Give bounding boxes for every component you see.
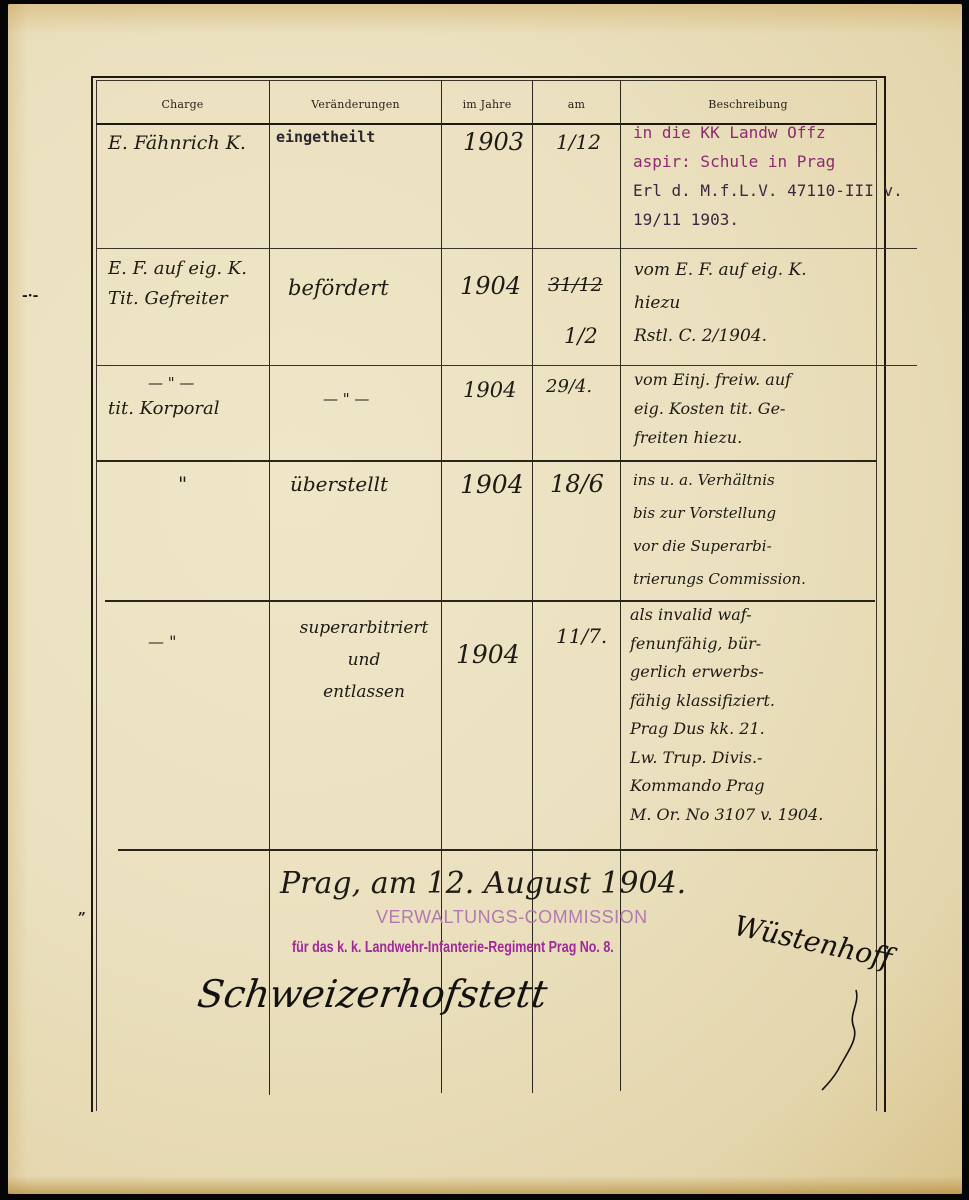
row1-beschreibung: in die KK Landw Offz aspir: Schule in Pr… xyxy=(633,118,903,234)
row5-am: 11/7. xyxy=(556,624,607,648)
commission-stamp-regiment: für das k. k. Landwehr-Infanterie-Regime… xyxy=(292,939,614,957)
row1-am: 1/12 xyxy=(556,130,601,154)
row1-desc-line: aspir: Schule in Prag xyxy=(633,147,903,176)
row5-desc-line: gerlich erwerbs- xyxy=(630,658,823,687)
row1-jahr: 1903 xyxy=(463,128,524,156)
row2-jahr: 1904 xyxy=(460,272,521,300)
row1-charge: E. Fähnrich K. xyxy=(108,132,246,154)
row2-charge: E. F. auf eig. K. Tit. Gefreiter xyxy=(108,254,247,314)
signature-left: Schweizerhofstett xyxy=(195,972,550,1016)
margin-mark: -·- xyxy=(22,288,39,304)
column-divider xyxy=(620,81,621,1091)
row-divider xyxy=(118,849,878,851)
place-date: Prag, am 12. August 1904. xyxy=(280,866,686,901)
row3-desc-line: freiten hiezu. xyxy=(634,423,791,452)
header-beschreibung: Beschreibung xyxy=(621,86,875,122)
header-charge: Charge xyxy=(96,86,269,122)
row4-charge: " xyxy=(178,472,187,496)
row-divider xyxy=(97,365,917,366)
row4-beschreibung: ins u. a. Verhältnis bis zur Vorstellung… xyxy=(633,464,806,596)
row4-desc-line: trierungs Commission. xyxy=(633,563,806,596)
row5-veraenderungen-line: entlassen xyxy=(280,676,448,708)
row4-desc-line: vor die Superarbi- xyxy=(633,530,806,563)
row4-desc-line: bis zur Vorstellung xyxy=(633,497,806,530)
row5-veraenderungen-line: und xyxy=(280,644,448,676)
row1-veraenderungen-stamp: eingetheilt xyxy=(276,128,375,146)
row4-am: 18/6 xyxy=(550,470,604,498)
row5-beschreibung: als invalid waf- fenunfähig, bür- gerlic… xyxy=(630,601,823,829)
header-veraenderungen: Veränderungen xyxy=(270,86,441,122)
document-page: Charge Veränderungen im Jahre am Beschre… xyxy=(8,4,962,1194)
row1-desc-line: in die KK Landw Offz xyxy=(633,118,903,147)
margin-mark: „ xyxy=(78,902,86,918)
row5-desc-line: Prag Dus kk. 21. xyxy=(630,715,823,744)
row-divider xyxy=(97,248,917,249)
row4-jahr: 1904 xyxy=(460,470,524,499)
row5-veraenderungen: superarbitriert und entlassen xyxy=(280,612,448,708)
row5-desc-line: Kommando Prag xyxy=(630,772,823,801)
row3-charge: tit. Korporal xyxy=(108,398,220,419)
row2-veraenderungen: befördert xyxy=(288,276,389,300)
row3-am: 29/4. xyxy=(546,376,592,397)
row2-desc-line: Rstl. C. 2/1904. xyxy=(634,320,807,353)
row5-desc-line: fenunfähig, bür- xyxy=(630,630,823,659)
row5-desc-line: als invalid waf- xyxy=(630,601,823,630)
header-am: am xyxy=(533,86,620,122)
row3-desc-line: vom Einj. freiw. auf xyxy=(634,365,791,394)
row3-veraenderungen: — " — xyxy=(323,390,369,408)
commission-stamp-title: VERWALTUNGS-COMMISSION xyxy=(376,907,648,928)
row2-beschreibung: vom E. F. auf eig. K. hiezu Rstl. C. 2/1… xyxy=(634,254,807,353)
row-divider xyxy=(97,460,877,462)
header-jahr: im Jahre xyxy=(442,86,532,122)
row1-desc-line: Erl d. M.f.L.V. 47110-III v. xyxy=(633,176,903,205)
row4-desc-line: ins u. a. Verhältnis xyxy=(633,464,806,497)
row3-beschreibung: vom Einj. freiw. auf eig. Kosten tit. Ge… xyxy=(634,365,791,452)
row2-charge-line: E. F. auf eig. K. xyxy=(108,254,247,284)
row5-desc-line: Lw. Trup. Divis.- xyxy=(630,744,823,773)
row3-desc-line: eig. Kosten tit. Ge- xyxy=(634,394,791,423)
row4-veraenderungen: überstellt xyxy=(290,472,388,496)
row5-desc-line: M. Or. No 3107 v. 1904. xyxy=(630,801,823,830)
signature-right-flourish xyxy=(808,984,868,1094)
row2-desc-line: vom E. F. auf eig. K. xyxy=(634,254,807,287)
row5-desc-line: fähig klassifiziert. xyxy=(630,687,823,716)
row5-jahr: 1904 xyxy=(456,640,520,669)
column-divider xyxy=(269,81,270,1095)
row5-veraenderungen-line: superarbitriert xyxy=(280,612,448,644)
row3-charge-ditto: — " — xyxy=(148,374,194,392)
row2-charge-line: Tit. Gefreiter xyxy=(108,284,247,314)
row1-desc-line: 19/11 1903. xyxy=(633,205,903,234)
row2-am-struck: 31/12 xyxy=(548,274,603,296)
row2-am: 1/2 xyxy=(564,324,598,348)
row5-charge: — " xyxy=(148,632,176,651)
row2-desc-line: hiezu xyxy=(634,287,807,320)
row3-jahr: 1904 xyxy=(463,378,516,402)
